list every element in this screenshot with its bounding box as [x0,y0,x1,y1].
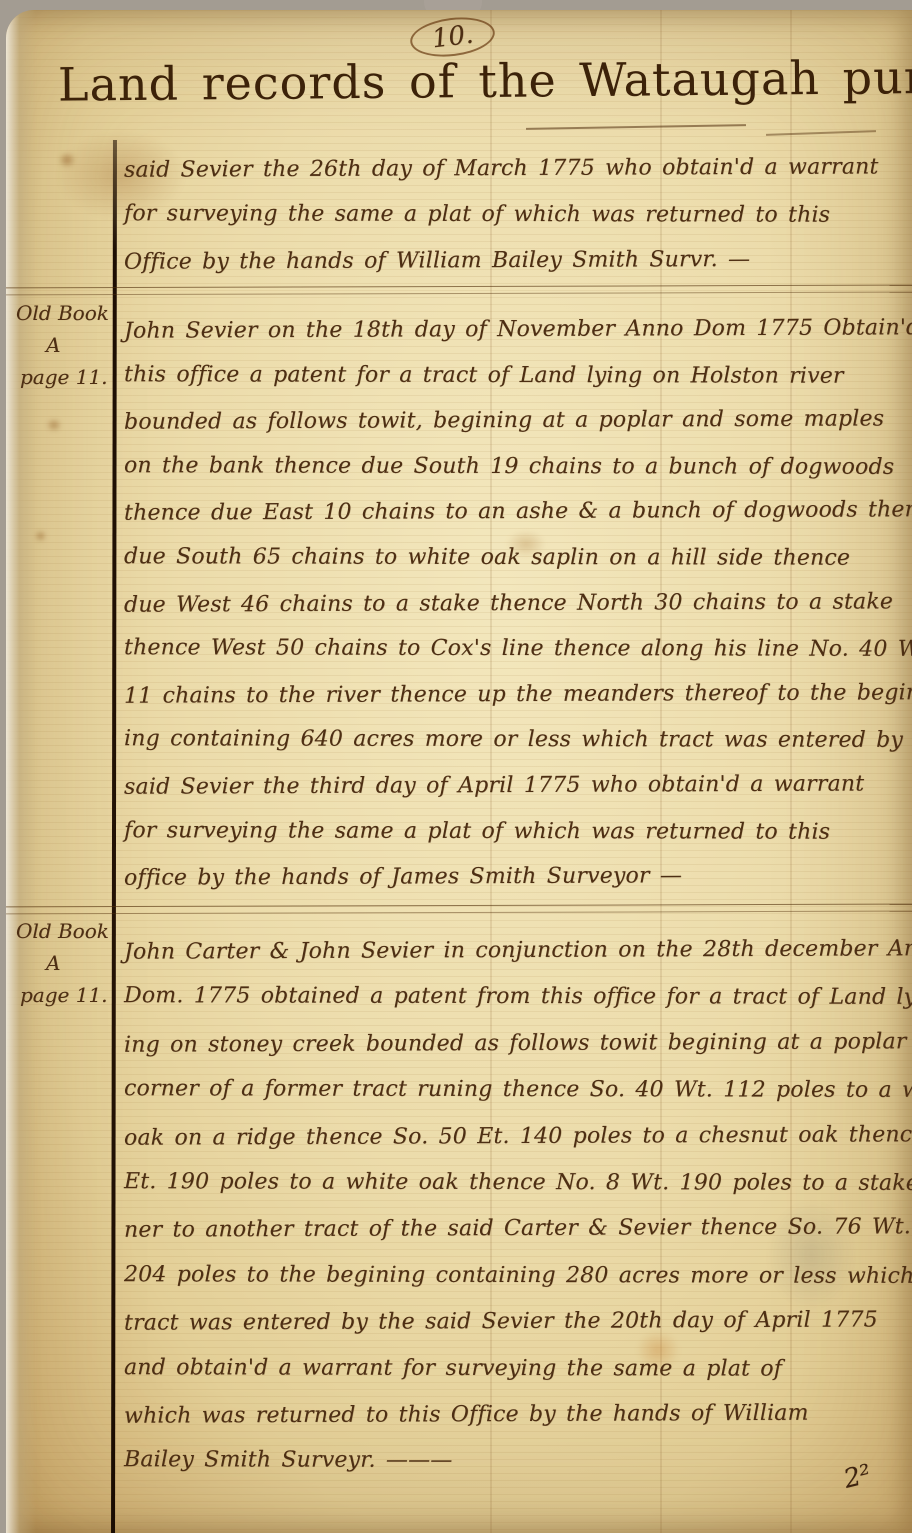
stain [46,418,62,432]
text-line: said Sevier the 26th day of March 1775 w… [124,143,906,192]
margin-note-line: page 11. [16,361,112,393]
text-line: thence due East 10 chains to an ashe & a… [124,488,906,537]
text-line: 204 poles to the begining containing 280… [124,1251,906,1299]
margin-note-line: A [16,329,112,361]
text-line: this office a patent for a tract of Land… [124,352,906,399]
entry-john-sevier: John Sevier on the 18th day of November … [124,307,906,900]
margin-note: Old Book A page 11. [16,297,112,393]
section-divider [6,904,912,915]
text-line: Bailey Smith Surveyr. ——— [124,1436,906,1484]
stain [58,152,76,168]
text-line: bounded as follows towit, begining at a … [124,396,906,445]
text-line: for surveying the same a plat of which w… [124,808,906,855]
text-line: on the bank thence due South 19 chains t… [124,443,906,490]
title-flourish [766,130,876,136]
text-line: due South 65 chains to white oak saplin … [124,534,906,581]
text-line: office by the hands of James Smith Surve… [124,852,906,901]
entry-carter-sevier: John Carter & John Sevier in conjunction… [124,927,906,1484]
margin-note-line: Old Book [16,915,112,947]
text-line: which was returned to this Office by the… [124,1389,906,1439]
text-line: corner of a former tract runing thence S… [124,1065,906,1113]
margin-note: Old Book A page 11. [16,915,112,1011]
text-line: thence West 50 chains to Cox's line then… [124,625,906,672]
text-line: for surveying the same a plat of which w… [124,190,906,238]
margin-note-line: A [16,947,112,979]
text-line: ing on stoney creek bounded as follows t… [124,1018,906,1068]
text-line: tract was entered by the said Sevier the… [124,1296,906,1346]
document-title: Land records of the Wataugah purchase [58,50,898,111]
text-line: oak on a ridge thence So. 50 Et. 140 pol… [124,1111,906,1161]
text-line: said Sevier the third day of April 1775 … [124,761,906,810]
text-line: Office by the hands of William Bailey Sm… [124,235,906,284]
text-line: Dom. 1775 obtained a patent from this of… [124,973,906,1021]
text-line: ing containing 640 acres more or less wh… [124,717,906,764]
page-sheet: 10. Land records of the Wataugah purchas… [6,10,912,1533]
text-line: 11 chains to the river thence up the mea… [124,670,906,719]
margin-note-line: Old Book [16,297,112,329]
text-line: due West 46 chains to a stake thence Nor… [124,579,906,628]
entry-continuation: said Sevier the 26th day of March 1775 w… [124,145,906,283]
text-line: and obtain'd a warrant for surveying the… [124,1344,906,1392]
text-line: ner to another tract of the said Carter … [124,1204,906,1254]
title-underline [526,124,746,130]
text-line: John Carter & John Sevier in conjunction… [124,925,906,975]
text-line: Et. 190 poles to a white oak thence No. … [124,1158,906,1206]
section-divider [6,285,912,296]
text-line: John Sevier on the 18th day of November … [124,305,906,354]
margin-note-line: page 11. [16,979,112,1011]
binding-edge [6,10,36,1533]
